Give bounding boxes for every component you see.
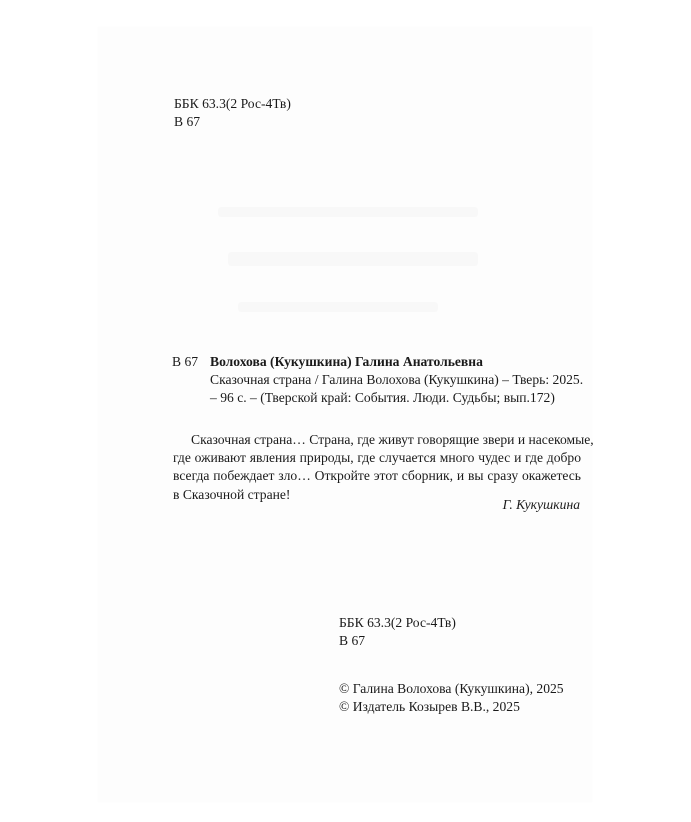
- annotation-index: В 67: [172, 353, 198, 371]
- author-mark: В 67: [339, 632, 456, 650]
- bbk-bottom-block: ББК 63.3(2 Рос-4Тв) В 67: [339, 614, 456, 650]
- copyright-line: © Галина Волохова (Кукушкина), 2025: [339, 680, 564, 698]
- bibliographic-record: Волохова (Кукушкина) Галина Анатольевна …: [210, 353, 583, 407]
- bbk-code: ББК 63.3(2 Рос-4Тв): [339, 614, 456, 632]
- abstract-paragraph: Сказочная страна… Страна, где живут гово…: [173, 431, 581, 504]
- author-mark: В 67: [174, 113, 291, 131]
- bbk-code: ББК 63.3(2 Рос-4Тв): [174, 95, 291, 113]
- abstract-line: всегда побеждает зло… Откройте этот сбор…: [173, 467, 581, 485]
- abstract-signature: Г. Кукушкина: [503, 496, 580, 514]
- bleed-through-mark: [238, 302, 438, 312]
- abstract-line: Сказочная страна… Страна, где живут гово…: [173, 431, 581, 449]
- author-heading: Волохова (Кукушкина) Галина Анатольевна: [210, 353, 583, 371]
- bbk-top-block: ББК 63.3(2 Рос-4Тв) В 67: [174, 95, 291, 131]
- copyright-block: © Галина Волохова (Кукушкина), 2025 © Из…: [339, 680, 564, 716]
- bleed-through-mark: [218, 207, 478, 217]
- series-line: – 96 с. – (Тверской край: События. Люди.…: [210, 389, 583, 407]
- bleed-through-mark: [228, 252, 478, 266]
- title-line: Сказочная страна / Галина Волохова (Куку…: [210, 371, 583, 389]
- abstract-line: где оживают явления природы, где случает…: [173, 449, 581, 467]
- copyright-line: © Издатель Козырев В.В., 2025: [339, 698, 564, 716]
